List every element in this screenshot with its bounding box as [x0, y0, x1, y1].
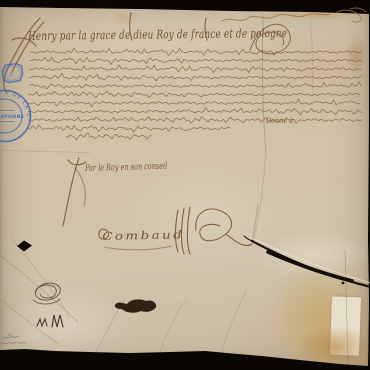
handwriting-line — [29, 65, 361, 73]
octagon-stamp-text: E — [10, 73, 13, 79]
tear-line — [244, 236, 370, 287]
stamp-center-text: BAYONNE — [0, 114, 24, 120]
octagon-stamp: E — [3, 64, 23, 83]
handwriting-line — [29, 82, 361, 89]
handwriting-line — [28, 125, 230, 132]
signature-flourishes — [63, 158, 252, 254]
ascender-stroke — [205, 18, 207, 40]
photo-frame: Henry par la grace de dieu Roy de france… — [0, 0, 370, 370]
handwriting-line — [28, 108, 362, 115]
handwriting-line — [28, 91, 360, 98]
cadel-knot-flourish — [250, 24, 290, 53]
bottom-left-marks — [8, 283, 63, 336]
handwriting-line — [0, 342, 26, 344]
handwriting-line — [2, 336, 19, 338]
handwriting-line — [29, 73, 361, 81]
pen-trial-mark — [37, 319, 47, 326]
parchment-hole — [17, 241, 32, 252]
pen-trial-mark — [52, 315, 63, 327]
ascender-stroke — [130, 13, 132, 40]
round-archive-stamp: S DE LA V BAYONNE — [0, 90, 31, 141]
crease-lines — [0, 14, 348, 362]
paraphe-knot — [196, 209, 232, 241]
handwriting-line — [28, 99, 360, 107]
ink-overlay: S DE LA V BAYONNE E — [0, 0, 370, 370]
handwriting-line — [28, 116, 362, 123]
handwriting-line — [66, 133, 152, 140]
docket-annotation — [222, 8, 366, 22]
ink-blot — [115, 299, 156, 312]
corner-note-scribbles — [0, 336, 26, 344]
ink-speck — [342, 282, 345, 285]
